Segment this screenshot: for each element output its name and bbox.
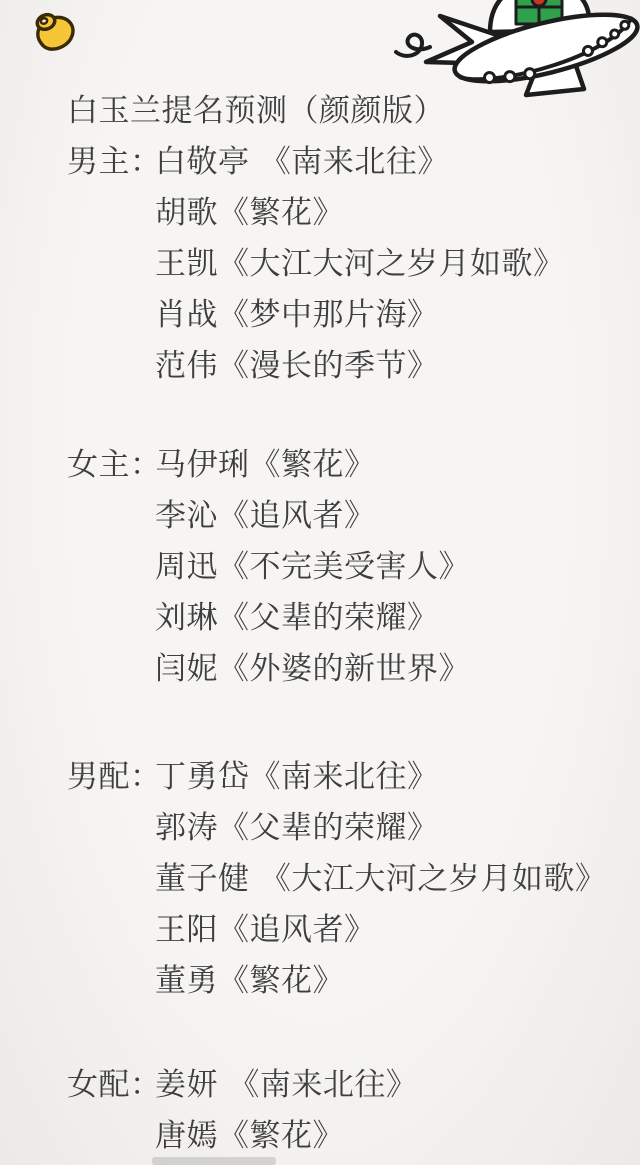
entry-text: 马伊琍《繁花》	[155, 447, 376, 483]
entry-text: 周迅《不完美受害人》	[155, 549, 470, 585]
entry-text: 胡歌《繁花》	[155, 195, 344, 231]
list-item: 王凯《大江大河之岁月如歌》	[67, 239, 627, 290]
yellow-bean-icon	[26, 6, 80, 58]
section-best-actor: 男主：白敬亭 《南来北往》胡歌《繁花》王凯《大江大河之岁月如歌》肖战《梦中那片海…	[67, 137, 627, 392]
page-title: 白玉兰提名预测（颜颜版）	[67, 86, 627, 137]
list-item: 董勇《繁花》	[67, 956, 627, 1007]
section-best-actress: 女主：马伊琍《繁花》李沁《追风者》周迅《不完美受害人》刘琳《父辈的荣耀》闫妮《外…	[67, 440, 627, 695]
entry-text: 刘琳《父辈的荣耀》	[155, 600, 439, 636]
list-item: 男配：丁勇岱《南来北往》	[67, 752, 627, 803]
entry-text: 李沁《追风者》	[155, 498, 376, 534]
entry-text: 王凯《大江大河之岁月如歌》	[155, 246, 565, 282]
entry-text: 肖战《梦中那片海》	[155, 297, 439, 333]
list-item: 刘琳《父辈的荣耀》	[67, 593, 627, 644]
category-label: 男配：	[67, 752, 162, 803]
category-label: 女主：	[67, 440, 162, 491]
list-item: 王阳《追风者》	[67, 905, 627, 956]
list-item: 董子健 《大江大河之岁月如歌》	[67, 854, 627, 905]
section-best-supporting-actress: 女配：姜妍 《南来北往》唐嫣《繁花》	[67, 1060, 627, 1162]
entry-text: 唐嫣《繁花》	[155, 1118, 344, 1154]
entry-text: 郭涛《父辈的荣耀》	[155, 810, 439, 846]
list-item: 肖战《梦中那片海》	[67, 290, 627, 341]
list-item: 闫妮《外婆的新世界》	[67, 644, 627, 695]
ufo-spaceship-icon	[378, 0, 640, 98]
list-item: 范伟《漫长的季节》	[67, 341, 627, 392]
entry-text: 丁勇岱《南来北往》	[155, 759, 439, 795]
nomination-sections: 男主：白敬亭 《南来北往》胡歌《繁花》王凯《大江大河之岁月如歌》肖战《梦中那片海…	[67, 137, 627, 1162]
entry-text: 闫妮《外婆的新世界》	[155, 651, 470, 687]
cutoff-text-fragment	[152, 1157, 276, 1165]
list-item: 李沁《追风者》	[67, 491, 627, 542]
list-item: 唐嫣《繁花》	[67, 1111, 627, 1162]
category-label: 女配：	[67, 1060, 162, 1111]
list-item: 女配：姜妍 《南来北往》	[67, 1060, 627, 1111]
entry-text: 范伟《漫长的季节》	[155, 348, 439, 384]
nomination-post-image: 白玉兰提名预测（颜颜版） 男主：白敬亭 《南来北往》胡歌《繁花》王凯《大江大河之…	[0, 0, 640, 1165]
list-item: 周迅《不完美受害人》	[67, 542, 627, 593]
nomination-list: 白玉兰提名预测（颜颜版） 男主：白敬亭 《南来北往》胡歌《繁花》王凯《大江大河之…	[67, 86, 627, 1162]
entry-text: 王阳《追风者》	[155, 912, 376, 948]
entry-text: 白敬亭 《南来北往》	[155, 144, 449, 180]
list-item: 郭涛《父辈的荣耀》	[67, 803, 627, 854]
entry-text: 姜妍 《南来北往》	[155, 1067, 417, 1103]
entry-text: 董勇《繁花》	[155, 963, 344, 999]
section-best-supporting-actor: 男配：丁勇岱《南来北往》郭涛《父辈的荣耀》董子健 《大江大河之岁月如歌》王阳《追…	[67, 752, 627, 1007]
list-item: 男主：白敬亭 《南来北往》	[67, 137, 627, 188]
list-item: 胡歌《繁花》	[67, 188, 627, 239]
category-label: 男主：	[67, 137, 162, 188]
list-item: 女主：马伊琍《繁花》	[67, 440, 627, 491]
entry-text: 董子健 《大江大河之岁月如歌》	[155, 861, 606, 897]
